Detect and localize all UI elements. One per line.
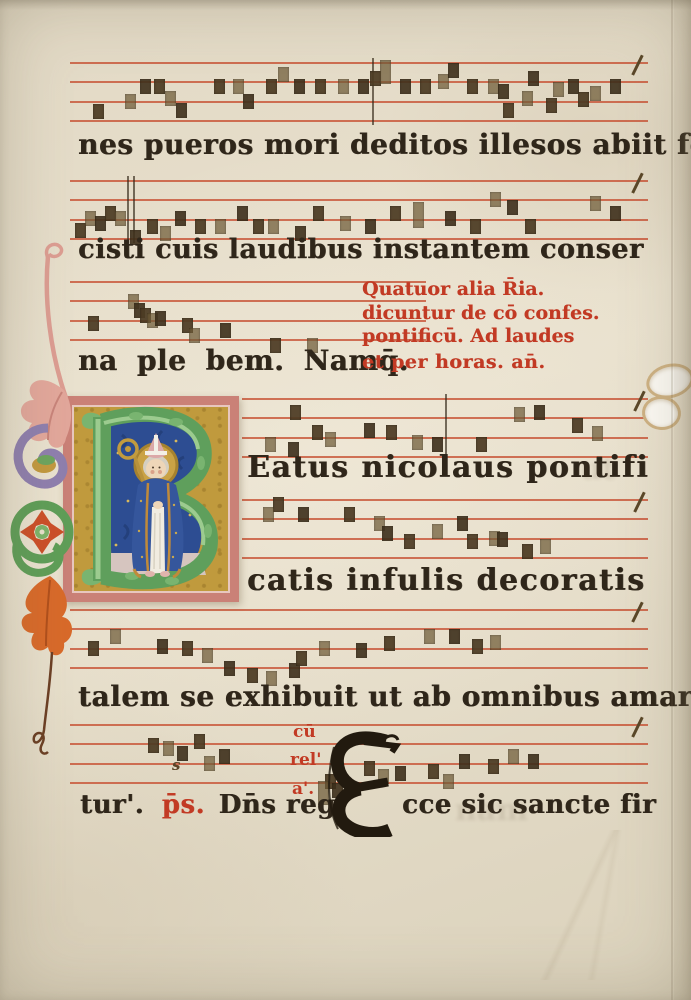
neume-note: [590, 86, 601, 101]
margin-foliage: [4, 240, 84, 774]
neume-note: [219, 749, 230, 764]
neume-note: [298, 507, 309, 522]
chant-text-line-3: na ple bem. Namq̄.: [78, 344, 409, 377]
neume-note: [470, 219, 481, 234]
neume-note: [610, 79, 621, 94]
staff-line: [70, 628, 648, 630]
neume-note: [514, 407, 525, 422]
neume-note: [215, 219, 226, 234]
vertical-rubric-2: rel': [290, 750, 321, 770]
neume-note: [457, 516, 468, 531]
neume-note: [540, 539, 551, 554]
rubric-line: pontificū. Ad laudes: [362, 325, 599, 349]
staff-line: [70, 180, 648, 182]
neume-note: [432, 524, 443, 539]
neume-note: [312, 425, 323, 440]
neume-note: [93, 104, 104, 119]
neume-note: [237, 206, 248, 221]
music-staff: [70, 62, 648, 122]
parchment-crease: [470, 830, 690, 980]
staff-end-mark: [633, 492, 645, 513]
rubric-inline: et per horas. an̄.: [362, 351, 545, 373]
staff-line: [70, 667, 648, 669]
neume-note: [175, 211, 186, 226]
neume-note: [189, 328, 200, 343]
page-edge-crease: [671, 0, 673, 1000]
neume-note: [420, 79, 431, 94]
neume-note: [364, 423, 375, 438]
staff-line: [70, 62, 648, 64]
neume-note: [340, 216, 351, 231]
neume-note: [384, 636, 395, 651]
neume-note: [467, 79, 478, 94]
manuscript-page: nes pueros mori deditos illesos abiit fe…: [0, 0, 691, 1000]
neume-note: [313, 206, 324, 221]
initial-b-artwork: [72, 405, 230, 593]
neume-note: [424, 629, 435, 644]
neume-note: [528, 754, 539, 769]
neume-note: [498, 84, 509, 99]
neume-note: [88, 641, 99, 656]
neume-note: [553, 82, 564, 97]
neume-note: [140, 79, 151, 94]
neume-note: [382, 526, 393, 541]
neume-note: [155, 311, 166, 326]
neume-note: [592, 426, 603, 441]
neume-note: [380, 60, 391, 84]
neume-note: [390, 206, 401, 221]
neume-note: [546, 98, 557, 113]
neume-note: [165, 91, 176, 106]
neume-note: [266, 79, 277, 94]
staff-line: [70, 724, 648, 726]
neume-note: [110, 629, 121, 644]
chant-text-line-7: tur'. p̄s. Dn̄s reg.: [80, 790, 345, 820]
neume-note: [325, 432, 336, 447]
staff-end-mark: [631, 173, 643, 194]
neume-note: [233, 79, 244, 94]
neume-note: [590, 196, 601, 211]
neume-note: [448, 63, 459, 78]
neume-note: [154, 79, 165, 94]
neume-note: [88, 316, 99, 331]
neume-note: [202, 648, 213, 663]
neume-note: [147, 219, 158, 234]
music-staff: [70, 180, 648, 240]
neume-note: [344, 507, 355, 522]
bleedthrough-text: nam: [455, 793, 528, 828]
neume-note: [290, 405, 301, 420]
rubric-block: Quatuor alia R̄ia. dicuntur de cō confes…: [362, 278, 599, 349]
neume-note: [522, 91, 533, 106]
neume-note: [338, 79, 349, 94]
neume-note: [472, 639, 483, 654]
staff-barline: [372, 58, 374, 125]
neume-note: [610, 206, 621, 221]
chant-text-line-2: cisti cuis laudibus instantem conser: [78, 234, 644, 265]
rubric-line: Quatuor alia R̄ia.: [362, 278, 599, 302]
music-staff: [70, 609, 648, 669]
chant-text-line-1: nes pueros mori deditos illesos abiit fe: [78, 128, 691, 161]
chant-text-line-6: talem se exhibuit ut ab omnibus amare: [78, 680, 691, 713]
neume-note: [490, 192, 501, 207]
neume-note: [404, 534, 415, 549]
staff-end-mark: [631, 717, 643, 738]
chant-text-line-5: catis infulis decoratis: [247, 563, 646, 598]
neume-note: [273, 497, 284, 512]
neume-note: [445, 211, 456, 226]
neume-note: [497, 532, 508, 547]
staff-barline: [127, 176, 129, 243]
neume-note: [182, 641, 193, 656]
staff-end-mark: [631, 602, 643, 623]
rubric-line: dicuntur de cō confes.: [362, 302, 599, 326]
word-tur: tur'.: [80, 790, 144, 820]
staff-line: [70, 101, 648, 103]
neume-note: [315, 79, 326, 94]
psalm-abbreviation: p̄s.: [162, 790, 205, 820]
staff-end-mark: [631, 55, 643, 76]
neume-note: [253, 219, 264, 234]
staff-line: [242, 499, 648, 501]
page-edge-right: [674, 0, 691, 1000]
neume-note: [115, 211, 126, 226]
neume-note: [413, 202, 424, 228]
vertical-rubric-1: cū: [293, 722, 316, 742]
neume-note: [572, 418, 583, 433]
staff-line: [70, 609, 648, 611]
staff-line: [242, 557, 648, 559]
neume-note: [204, 756, 215, 771]
neume-note: [412, 435, 423, 450]
chant-text-after-initial: cce sic sancte fir: [402, 790, 656, 820]
staff-line: [70, 199, 648, 201]
neume-note: [195, 219, 206, 234]
neume-note: [220, 323, 231, 338]
neume-note: [163, 741, 174, 756]
neume-note: [294, 79, 305, 94]
neume-note: [522, 544, 533, 559]
neume-note: [488, 759, 499, 774]
neume-note: [449, 629, 460, 644]
neume-note: [194, 734, 205, 749]
neume-note: [268, 219, 279, 234]
neume-note: [296, 651, 307, 666]
cadel-initial-e: [326, 731, 406, 841]
custos-mark: s: [172, 756, 180, 774]
staff-line: [70, 120, 648, 122]
neume-note: [356, 643, 367, 658]
neume-note: [243, 94, 254, 109]
neume-note: [428, 764, 439, 779]
neume-note: [214, 79, 225, 94]
neume-note: [443, 774, 454, 789]
bleedthrough-text: ut: [580, 452, 616, 487]
neume-note: [525, 219, 536, 234]
neume-note: [528, 71, 539, 86]
neume-note: [508, 749, 519, 764]
neume-note: [278, 67, 289, 82]
neume-note: [176, 103, 187, 118]
neume-note: [503, 103, 514, 118]
neume-note: [125, 94, 136, 109]
neume-note: [263, 507, 274, 522]
neume-note: [319, 641, 330, 656]
neume-note: [534, 405, 545, 420]
neume-note: [358, 79, 369, 94]
music-staff: [242, 398, 648, 458]
neume-note: [578, 92, 589, 107]
neume-note: [157, 639, 168, 654]
music-staff: [242, 499, 648, 559]
staff-line: [242, 538, 648, 540]
neume-note: [459, 754, 470, 769]
neume-note: [365, 219, 376, 234]
page-edge-top: [0, 0, 691, 10]
neume-note: [386, 425, 397, 440]
neume-note: [148, 738, 159, 753]
neume-note: [224, 661, 235, 676]
neume-note: [507, 200, 518, 215]
illuminated-initial-b: [63, 396, 239, 602]
neume-note: [467, 534, 478, 549]
neume-note: [400, 79, 411, 94]
neume-note: [490, 635, 501, 650]
